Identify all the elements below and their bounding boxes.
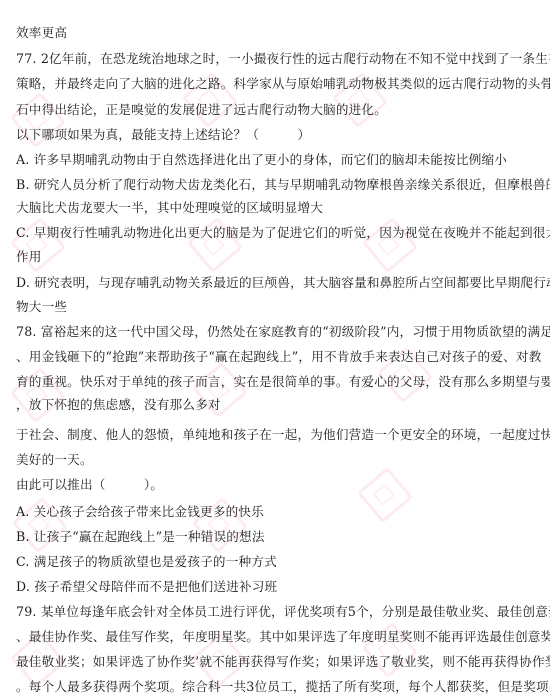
text-line: 效率更高 — [16, 25, 546, 41]
option-d: D. 研究表明，与现存哺乳动物关系最近的巨颅兽，其大脑容量和鼻腔所占空间都要比早… — [16, 275, 546, 291]
question-78-line: 78. 富裕起来的这一代中国父母，仍然处在家庭教育的“初级阶段”内，习惯于用物质… — [16, 324, 546, 340]
option-a: A. 关心孩子会给孩子带来比金钱更多的快乐 — [16, 504, 546, 520]
option-b: B. 研究人员分析了爬行动物犬齿龙类化石，其与早期哺乳动物摩根兽亲缘关系很近，但… — [16, 177, 546, 193]
document-page: 效率更高 77. 2亿年前，在恐龙统治地球之时，一小撮夜行性的远古爬行动物在不知… — [0, 0, 550, 700]
question-prompt: 由此可以推出（ ）。 — [16, 477, 546, 493]
option-c-cont: 作用 — [16, 249, 546, 265]
text-line: 于社会、制度、他人的怨愤，单纯地和孩子在一起，为他们营造一个更安全的环境，一起度… — [16, 427, 546, 443]
option-d-cont: 物大一些 — [16, 299, 546, 315]
option-c: C. 满足孩子的物质欲望也是爱孩子的一种方式 — [16, 554, 546, 570]
question-79-line: 79. 某单位每逢年底会针对全体员工进行评优，评优奖项有5个，分别是最佳敬业奖、… — [16, 604, 546, 620]
option-c: C. 早期夜行性哺乳动物进化出更大的脑是为了促进它们的听觉，因为视觉在夜晚并不能… — [16, 225, 546, 241]
text-line: 美好的一天。 — [16, 452, 546, 468]
option-b-cont: 大脑比犬齿龙要大一半，其中处理嗅觉的区域明显增大 — [16, 200, 546, 216]
text-line: 。每个人最多获得两个奖项。综合科一共3位员工，揽括了所有奖项，每个人都获奖，但是… — [16, 679, 546, 695]
text-line: 策略，并最终走向了大脑的进化之路。科学家从与原始哺乳动物极其类似的远古爬行动物的… — [16, 76, 546, 92]
question-prompt: 以下哪项如果为真，最能支持上述结论？（ ） — [16, 127, 546, 143]
text-line: 、最佳协作奖、最佳写作奖，年度明星奖。其中如果评选了年度明星奖则不能再评选最佳创… — [16, 629, 546, 645]
text-line: 石中得出结论，正是嗅觉的发展促进了远古爬行动物大脑的进化。 — [16, 102, 546, 118]
option-b: B. 让孩子“赢在起跑线上”是一种错误的想法 — [16, 529, 546, 545]
text-line: ，放下怀抱的焦虑感，没有那么多对 — [16, 397, 546, 413]
option-d: D. 孩子希望父母陪伴而不是把他们送进补习班 — [16, 579, 546, 595]
text-line: 最佳敬业奖；如果评选了协作奖’就不能再获得写作奖；如果评选了敬业奖，则不能再获得… — [16, 654, 546, 670]
text-line: 育的重视。快乐对于单纯的孩子而言，实在是很简单的事。有爱心的父母，没有那么多期望… — [16, 374, 546, 390]
question-77-line: 77. 2亿年前，在恐龙统治地球之时，一小撮夜行性的远古爬行动物在不知不觉中找到… — [16, 51, 546, 67]
option-a: A. 许多早期哺乳动物由于自然选择进化出了更小的身体，而它们的脑却未能按比例缩小 — [16, 152, 546, 168]
text-line: 、用金钱砸下的“抢跑”来帮助孩子“赢在起跑线上”，用不肯放手来表达自己对孩子的爱… — [16, 349, 546, 365]
